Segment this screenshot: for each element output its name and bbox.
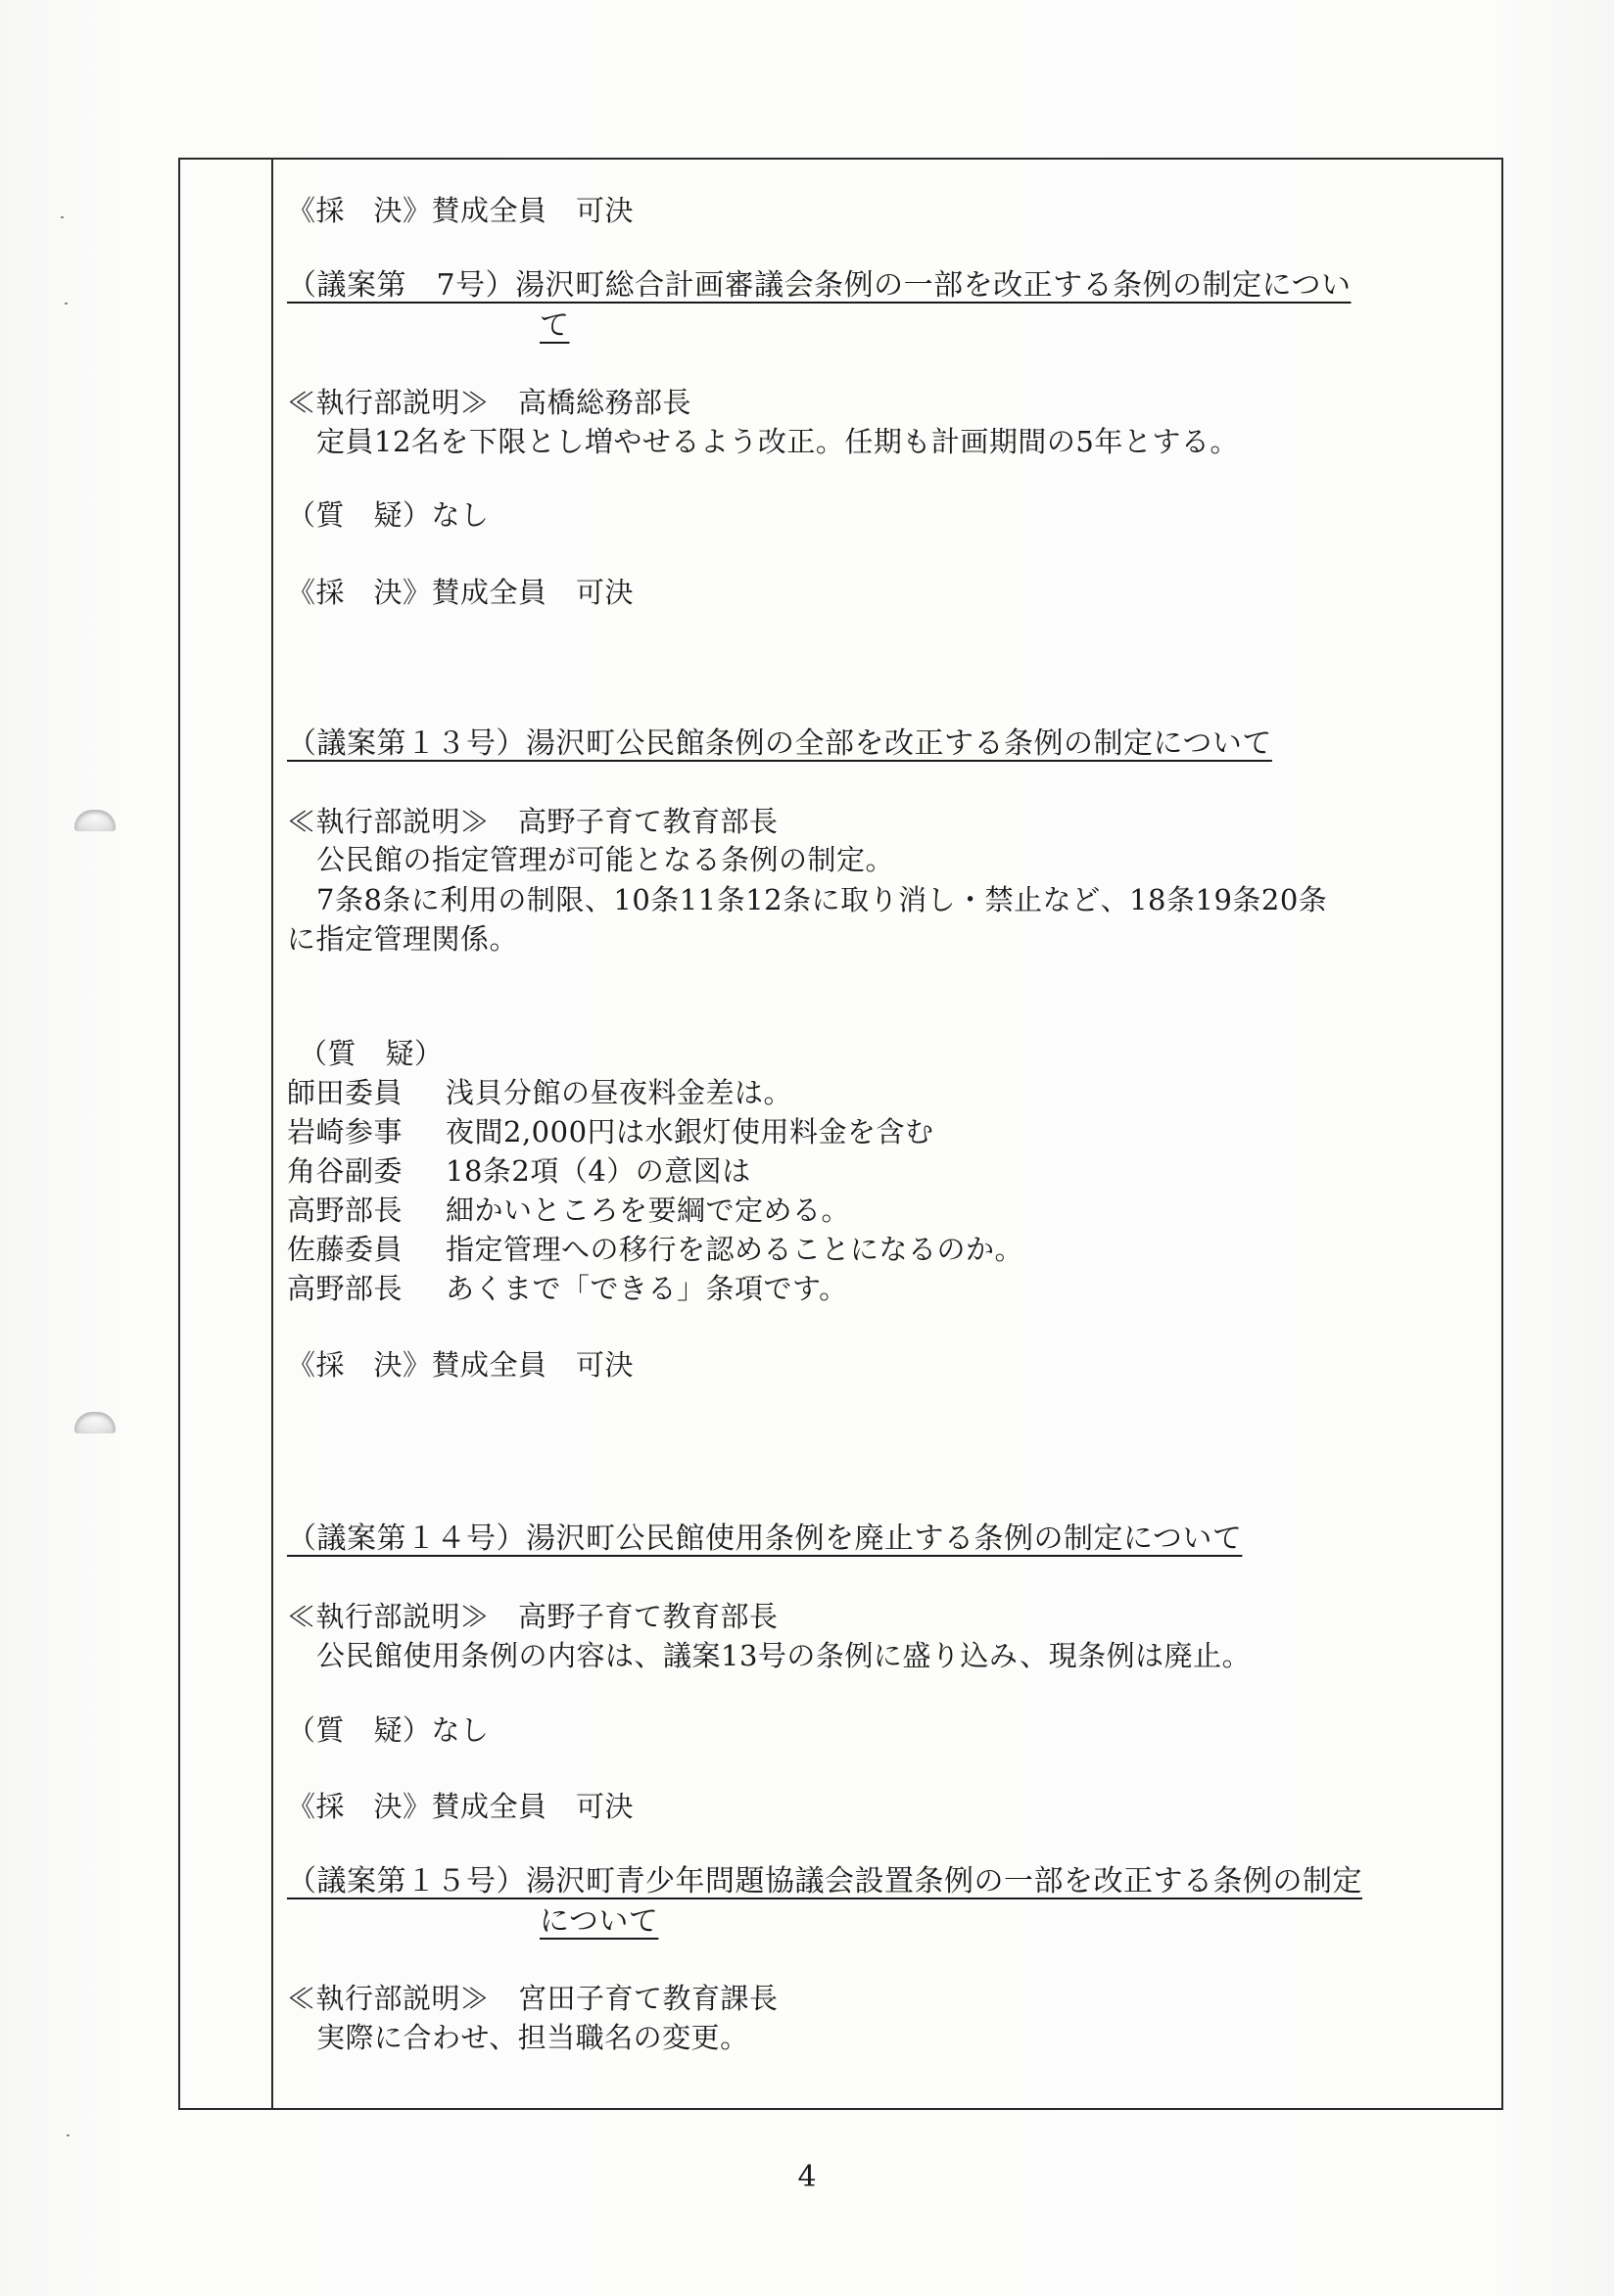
qa-text: 浅貝分館の昼夜料金差は。 (446, 1076, 792, 1109)
exec-explanation-body: 定員12名を下限とし増やせるよう改正。任期も計画期間の5年とする。 (316, 422, 1239, 461)
exec-explanation-body: 7条8条に利用の制限、10条11条12条に取り消し・禁止など、18条19条20条 (316, 880, 1327, 919)
bill-heading: （議案第１３号）湯沢町公民館条例の全部を改正する条例の制定について (287, 725, 1272, 764)
qa-speaker: 高野部長 (287, 1191, 446, 1230)
qa-speaker: 佐藤委員 (287, 1230, 446, 1269)
exec-explanation-label: ≪執行部説明≫ 宮田子育て教育課長 (287, 1979, 779, 2018)
exec-explanation-body: 公民館使用条例の内容は、議案13号の条例に盛り込み、現条例は廃止。 (316, 1636, 1251, 1675)
exec-explanation-label: ≪執行部説明≫ 高野子育て教育部長 (287, 1597, 779, 1636)
qa-text: 細かいところを要綱で定める。 (446, 1194, 850, 1227)
qa-row: 佐藤委員指定管理への移行を認めることになるのか。 (287, 1230, 1023, 1269)
exec-explanation-body: 公民館の指定管理が可能となる条例の制定。 (316, 840, 894, 879)
vote-result: 《採 決》賛成全員 可決 (287, 1345, 634, 1384)
exec-explanation-body: に指定管理関係。 (287, 919, 518, 959)
vote-result: 《採 決》賛成全員 可決 (287, 1787, 634, 1826)
punch-hole-upper (74, 810, 116, 831)
qa-speaker: 角谷副委 (287, 1151, 446, 1191)
qa-row: 高野部長細かいところを要綱で定める。 (287, 1191, 850, 1230)
table-column-divider (271, 160, 273, 2108)
bill-heading-continued: て (540, 306, 570, 346)
qa-row: 岩崎参事夜間2,000円は水銀灯使用料金を含む (287, 1112, 934, 1151)
page-number: 4 (0, 2160, 1614, 2194)
scanned-page: 《採 決》賛成全員 可決 （議案第 7号）湯沢町総合計画審議会条例の一部を改正す… (0, 0, 1614, 2296)
qa-text: 指定管理への移行を認めることになるのか。 (446, 1233, 1023, 1266)
qa-speaker: 岩崎参事 (287, 1112, 446, 1151)
scan-speck (61, 216, 64, 218)
qa-row: 高野部長あくまで「できる」条項です。 (287, 1269, 848, 1308)
exec-explanation-label: ≪執行部説明≫ 高野子育て教育部長 (287, 802, 779, 841)
qa-speaker: 師田委員 (287, 1073, 446, 1112)
qa-row: 師田委員浅貝分館の昼夜料金差は。 (287, 1073, 792, 1112)
qa-text: あくまで「できる」条項です。 (446, 1272, 848, 1305)
questions: （質 疑）なし (287, 1710, 490, 1750)
scan-speck (65, 303, 68, 305)
exec-explanation-label: ≪執行部説明≫ 高橋総務部長 (287, 383, 691, 422)
qa-text: 夜間2,000円は水銀灯使用料金を含む (446, 1115, 934, 1148)
bill-heading: （議案第１４号）湯沢町公民館使用条例を廃止する条例の制定について (287, 1520, 1242, 1559)
bill-heading: （議案第 7号）湯沢町総合計画審議会条例の一部を改正する条例の制定につい (287, 266, 1352, 305)
exec-explanation-body: 実際に合わせ、担当職名の変更。 (316, 2018, 749, 2057)
qa-row: 角谷副委18条2項（4）の意図は (287, 1151, 751, 1191)
qa-text: 18条2項（4）の意図は (446, 1154, 751, 1188)
scan-speck (67, 2134, 70, 2136)
questions: （質 疑）なし (287, 495, 490, 535)
bill-heading: （議案第１５号）湯沢町青少年問題協議会設置条例の一部を改正する条例の制定 (287, 1862, 1362, 1901)
punch-hole-lower (74, 1412, 116, 1433)
qa-speaker: 高野部長 (287, 1269, 446, 1308)
questions-label: （質 疑） (299, 1034, 444, 1073)
vote-result: 《採 決》賛成全員 可決 (287, 191, 634, 230)
bill-heading-continued: について (540, 1902, 658, 1942)
vote-result: 《採 決》賛成全員 可決 (287, 573, 634, 612)
